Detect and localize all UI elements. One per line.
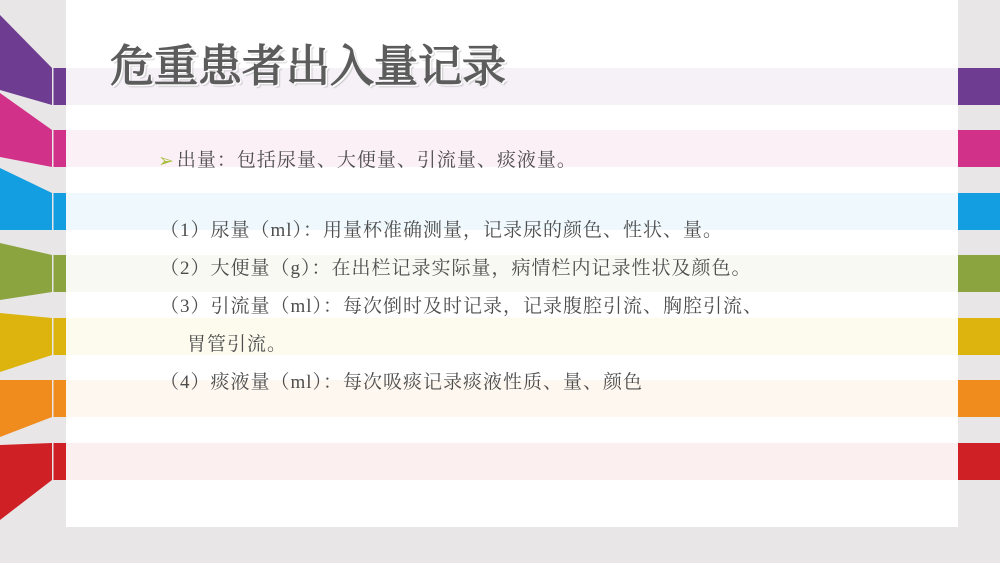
slide: 危重患者出入量记录 ➢出量：包括尿量、大便量、引流量、痰液量。 （1）尿量（ml…: [0, 0, 1000, 563]
left-ribbons-decoration: [0, 0, 66, 563]
ribbon-purple: [0, 15, 52, 105]
ribbon-fold-blue: [54, 193, 67, 230]
body-line-3-continued: 胃管引流。: [160, 326, 940, 364]
right-block-blue: [958, 193, 1000, 230]
ribbon-blue: [0, 168, 52, 230]
bullet-line: ➢出量：包括尿量、大便量、引流量、痰液量。: [158, 145, 577, 172]
right-block-orange: [958, 380, 1000, 417]
ribbon-fold-purple: [54, 68, 67, 105]
ribbon-fold-yellow: [54, 318, 67, 355]
ribbon-fold-olive: [54, 255, 67, 292]
ribbon-fold-orange: [54, 380, 67, 417]
body-line-1: （1）尿量（ml）：用量杯准确测量，记录尿的颜色、性状、量。: [160, 212, 940, 250]
ribbon-yellow: [0, 313, 52, 372]
arrow-bullet-icon: ➢: [158, 150, 175, 172]
ribbon-magenta: [0, 93, 52, 167]
content-panel: 危重患者出入量记录 ➢出量：包括尿量、大便量、引流量、痰液量。 （1）尿量（ml…: [66, 0, 958, 527]
right-block-yellow: [958, 318, 1000, 355]
ribbon-orange: [0, 380, 52, 437]
right-block-red: [958, 443, 1000, 480]
body-line-2: （2）大便量（g）：在出栏记录实际量，病情栏内记录性状及颜色。: [160, 250, 940, 288]
page-title: 危重患者出入量记录: [110, 30, 506, 94]
ribbon-fold-magenta: [54, 130, 67, 167]
ribbon-red: [0, 443, 52, 520]
right-block-magenta: [958, 130, 1000, 167]
ribbon-fold-red: [54, 443, 67, 480]
bullet-text: 出量：包括尿量、大便量、引流量、痰液量。: [177, 150, 577, 171]
ribbon-olive: [0, 243, 52, 300]
right-block-olive: [958, 255, 1000, 292]
right-block-purple: [958, 68, 1000, 105]
body-text: （1）尿量（ml）：用量杯准确测量，记录尿的颜色、性状、量。 （2）大便量（g）…: [160, 212, 940, 402]
body-line-4: （4）痰液量（ml）：每次吸痰记录痰液性质、量、颜色: [160, 364, 940, 402]
body-line-3: （3）引流量（ml）：每次倒时及时记录，记录腹腔引流、胸腔引流、: [160, 288, 940, 326]
